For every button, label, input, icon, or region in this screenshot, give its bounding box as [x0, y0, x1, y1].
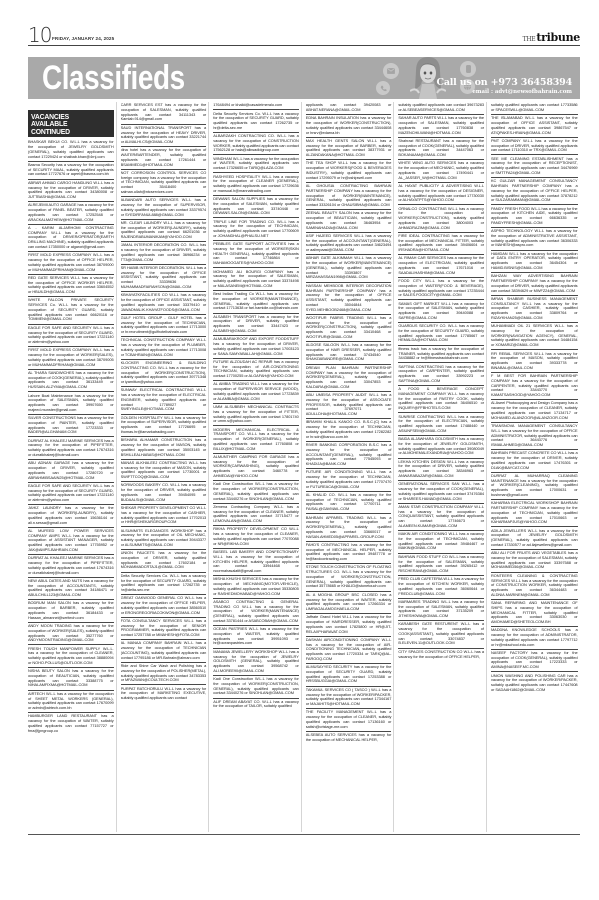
classified-ad: GOLDEN HOSPITALITY W.L.L has a vacancy f…	[121, 415, 207, 438]
page-number: 10	[28, 25, 51, 45]
classified-ad: ALBANDARI AUTO SERVICES W.L.L has a vaca…	[121, 197, 207, 220]
classified-ad: BAHRAIN FOOD STUFF CO W.L.L has a vacanc…	[398, 554, 484, 577]
classified-ad: F M BEST FOR BAHRAIN PARTNERSHIP COMPANY…	[491, 373, 578, 400]
classified-ad: FIRE IDEAL CONTRACTING has a vacancy for…	[398, 233, 484, 256]
classified-ad: FOTA CONSULTANCY SERVICES W.L.L has a va…	[121, 618, 207, 641]
classified-ad: ASPRO TECHNOLOGY W.L.L has a vacancy for…	[491, 228, 578, 251]
classified-ad: OCEAN PASTRIES W.L.L has a vacancy for t…	[213, 626, 299, 649]
classified-ad: AMAN STAR CONSTRUCTION COMPANY W.L.L has…	[398, 504, 484, 531]
ad-list: suitably qualified applicants can contac…	[491, 102, 578, 694]
classified-ad: ANDY MOON TRADING has a vacancy for the …	[28, 623, 114, 646]
classified-ad: PANDY FRESH FOOD W.L.L has a vacancy for…	[491, 205, 578, 228]
classified-ad: Ride and Shine Car Wash and Polishing ha…	[121, 663, 207, 686]
classified-ad: EDNA BAHRAIN INSULATION has a vacancy fo…	[306, 115, 392, 138]
classified-ad: AL THARA SANDWICHES has a vacancy for th…	[28, 370, 114, 393]
classified-ad: LEKHA KITCHEN DESIGN W.L.L has a vacancy…	[398, 459, 484, 482]
classified-ad: Kadi One Construction W.L.L has a vacanc…	[213, 481, 299, 504]
classified-ad: Delta Security Services Co. W.L.L has a …	[213, 110, 299, 133]
ad-list: CARR SERVICES EST has a vacancy for the …	[121, 102, 207, 702]
classified-ad: NISHA BEUTY SALON has a vacancy for the …	[28, 668, 114, 691]
classified-ad: BASEEL LAB BAKERY AND CONFECTIONARY W.L.…	[213, 549, 299, 576]
column-6: suitably qualified applicants can contac…	[491, 102, 580, 832]
classified-ad: DURRAT AL KHALEEJ MARINE SERVICES has a …	[28, 437, 114, 460]
classified-ad: Lahore Boat Maintenance has a vacancy fo…	[28, 392, 114, 415]
classified-ad: ABHAR GATE ALKIMMAH W.L.L has a vacancy …	[306, 255, 392, 282]
classified-ad: FIRST MOLD EXPRESS COMPANY W.L.L has a v…	[28, 347, 114, 370]
classified-ad: GENERATIONAL SERVICES SAN W.L.L has a va…	[398, 481, 484, 504]
heading-line-1: VACANCIES AVAILABLE	[31, 113, 107, 128]
classified-ad: PMT COMPANY W.L.L has a vacancy for the …	[491, 138, 578, 156]
classified-ad: ALMUSAYYED SECURITY has a vacancy for th…	[306, 664, 392, 687]
column-2: CARR SERVICES EST has a vacancy for the …	[121, 102, 210, 832]
classified-ad: RFI REBAL SERVICES W.L.L has a vacancy f…	[491, 350, 578, 373]
ad-list: BHASKAR BEKUI CO. W.L.L has a vacancy fo…	[28, 139, 114, 735]
classified-ad: GULF HOTEL GROUP - GULF HOTEL has a vaca…	[121, 315, 207, 338]
classified-ad: Kadi One Construction W.L.L has a vacanc…	[213, 676, 299, 699]
classified-ad: JAHIZ LAUNDRY has a vacancy for the occu…	[28, 505, 114, 528]
classified-ad: SAFTINA CONTRACTING has a vacancy for th…	[398, 363, 484, 386]
classified-ad: BISHARA ALHAMAR CONSTRUCTION has a vacan…	[121, 437, 207, 460]
classified-ad: NASEEF FACTORY has a vacancy for the occ…	[491, 650, 578, 673]
classified-ad: WOOTIFUR FABRIS TRADING W.L.L has a vaca…	[306, 315, 392, 342]
classified-ad: FAHD'S CONTRACTING has a vacancy for the…	[306, 542, 392, 565]
classified-ad: HAMDAN W.L.L has a vacancy for the occup…	[491, 251, 578, 274]
classified-ad: MODERN MECHANICAL ELECTRICAL & TRANSPORT…	[213, 426, 299, 453]
classified-ad: Best Indian Trading Co W.L.L has a vacan…	[213, 291, 299, 314]
classified-ad: ABU ADNAN GARAGE has a vacancy for the o…	[28, 460, 114, 483]
classified-ad: A FOOD & BEVERAGE CONCEPT MANAGEMENT COM…	[398, 386, 484, 413]
classified-ad: SAUD INTERNATIONAL TRANSPORT has a vacan…	[121, 125, 207, 148]
classified-ad: IBRAHIM KHALIL KANOO CO. B.S.C.(C) has a…	[306, 419, 392, 442]
classified-ad: MUHAMMADI OIL 21 SERVICES W.L.L has a va…	[491, 323, 578, 350]
classified-ad: RIVER BANKING CORPORATION B.S.C has a va…	[306, 442, 392, 469]
ad-list: suitably qualified applicants can contac…	[398, 102, 484, 661]
classified-ad: Al-Aseel Photocopying and Design Company…	[491, 400, 578, 423]
classified-ad: Basma Security has a vacancy for the occ…	[28, 162, 114, 180]
classified-ad: TRIPLE LINE FOR TRADING CO. W.L.L has a …	[213, 218, 299, 241]
classified-ad: RED GATE SERVICES W.L.L has a vacancy fo…	[28, 275, 114, 298]
classified-ad: EAGLE FOR SAFE AND SECURITY W.L.L has a …	[28, 325, 114, 348]
classified-ad: RIKHA PROPERTY DEVELOPMENT CO W.L.L has …	[213, 526, 299, 549]
classified-ad: FUTURE AIR CONDITIONING W.L.L has a vaca…	[306, 469, 392, 492]
brand-name: tribune	[536, 31, 580, 44]
classified-ad: SUNRISE CONTRACTING W.L.L has a vacancy …	[398, 413, 484, 436]
classified-ad: AIRTECH W.L.L has a vacancy for the occu…	[28, 691, 114, 714]
classified-ad: dina hotel has a vacancy for the occupat…	[121, 147, 207, 170]
classified-ad: BAHZAN WAY ADVERTISING BAHRAIN PARTNERSH…	[491, 273, 578, 296]
classified-ad: MOHAMED ALI BOURGI COMPANY has a vacancy…	[213, 268, 299, 291]
classified-ad: A - KARIM ALJARHOMI CONTRACTING COMPANY …	[28, 225, 114, 252]
classified-ad: MAKIN AIR CONDITIONING W.L.L has a vacan…	[398, 531, 484, 554]
classified-ad: ALSEBEA AUTO SERVICES has a vacancy for …	[306, 732, 392, 744]
classified-ad: GUARDUS SECURITY CO. W.L.L has a vacancy…	[398, 323, 484, 346]
classified-ad: MANAMA JEWELLERY WORKSHOP W.L.L has a va…	[213, 649, 299, 676]
classified-ad: AL AMBIA TRADING W.L.L has a vacancy for…	[213, 381, 299, 404]
classified-ad: KLOCKER ENGINEERING & BUILDING CONTRACTI…	[121, 360, 207, 387]
ad-list: applicants can contact 39420083 or ABHAT…	[306, 102, 392, 744]
classified-ad: MADDNA KNOWLEDGE SCHOOLS has a vacancy f…	[491, 627, 578, 650]
column-3: 17648494 or khalid@casadelmeralo.comDelt…	[213, 102, 302, 832]
classified-ad: EAGLE FOR SAFE AND SECURITY W.L.L has a …	[28, 483, 114, 506]
classified-ad: ASIF HAJEED SERVICES W.L.L has a vacancy…	[306, 233, 392, 256]
phone-icon	[376, 81, 390, 95]
classified-ad: FIRST MOLD EXPRESS COMPANY W.L.L has a v…	[28, 252, 114, 275]
classified-ad: ORNALCO CONTRACTING W.L.L has a vacancy …	[398, 205, 484, 232]
classified-ad: UMM ALSUBBEH MECHANICAL CONTRACTS has a …	[213, 404, 299, 427]
classified-ad: ALDOSE SALOON W.L.L has a vacancy for th…	[306, 342, 392, 365]
classified-ad: DURRAT AL KHALEEJ MARINE SERVICES has a …	[28, 555, 114, 578]
classified-ad: NOT CORROSION CONTROL SERVICES CO foreig…	[121, 170, 207, 197]
classified-ad: KAHARMA ELECTRICAL WORKSHOP BAHRAIN PART…	[491, 500, 578, 527]
classified-ad: BHASKAR BEKUI CO. W.L.L has a vacancy fo…	[28, 139, 114, 162]
classified-ad: WHITE FALCON PRIVATE SECURITY SERVICES C…	[28, 297, 114, 324]
classified-ad: TRANSNOVA MANAGEMENT CONSULTANCY W.L.L h…	[491, 423, 578, 450]
classified-ad: fitness track has a vacancy for the occu…	[398, 346, 484, 364]
page-date: FRIDAY, JANUARY 24, 2025	[52, 36, 114, 41]
classified-ad: ZEENAL BEAUTY SALON has a vacancy for th…	[306, 210, 392, 233]
classified-ad: SAHAR AUTO PARTS W.L.L has a vacancy for…	[398, 115, 484, 138]
classified-ad: DREAM PLAN BAHRAIN PARTNERSHIP COMPANY h…	[306, 365, 392, 392]
classified-ad: FRESH TOUCH MANPOWER SUPPLY W.L.L. has a…	[28, 645, 114, 668]
classified-ad: KBHAYATKFACILITIES CO W.L.L has a vacanc…	[121, 292, 207, 315]
classified-ad: Jaffrate Grand Hotel W.L.L has a vacancy…	[306, 614, 392, 637]
heading-line-2: CONTINUED	[31, 128, 107, 135]
classified-ad: NORWOODS BAKERY CO. W.L.L has a vacancy …	[121, 482, 207, 505]
classified-ad: DASHAN AIRCONDITIONING COMPANY W.L.L has…	[306, 637, 392, 664]
classified-ad: ALBARZAKH CONTRACTING CO. W.L.L has a va…	[213, 133, 299, 156]
classified-ad: RONTEERS CLEANING & CONTRACTING SERVICES…	[491, 573, 578, 600]
classified-ad: AL A MOGHA GROUP BSC CLOSED has a vacanc…	[306, 592, 392, 615]
section-title: Classifieds	[42, 59, 185, 98]
classified-ad: THE ISLAMABAD W.L.L has a vacancy for th…	[491, 115, 578, 138]
classified-ad: THE TEA SHOP W.L.L has a vacancy for the…	[306, 160, 392, 183]
classified-ad: MARMARES TRADING W.L.L has a vacancy for…	[398, 599, 484, 622]
classified-ad: CARR SERVICES EST has a vacancy for the …	[121, 102, 207, 125]
newspaper-logo: THEtribune	[523, 31, 580, 44]
classified-ad: KARABESH GATE RESTURENT W.L.L has a vaca…	[398, 621, 484, 648]
classified-ad: SEE ME CLEANING ESTABLISHMENT has a vaca…	[491, 155, 578, 178]
classified-ad: PEBBLES GATE SUPPORT ACTIVITIES has a va…	[213, 241, 299, 268]
classified-ad: ALIF DREAM ABAYAT CO. W.L.L has a vacanc…	[213, 699, 299, 711]
classified-ad: NEW ABUL DATES AND NUTS has a vacancy fo…	[28, 578, 114, 601]
classified-ad: GREAT OAKWOOD GENERAL CO W.L.L has a vac…	[121, 595, 207, 618]
classified-ad: THE FACILITY MANAGEMENT W.L.L has a vaca…	[306, 709, 392, 732]
classified-ad: RASHYEED HOSPITALITY W.L.L has a vacancy…	[213, 173, 299, 196]
vacancies-heading: VACANCIES AVAILABLE CONTINUED	[28, 110, 114, 137]
classified-ad: WHITE WING AUTO SERVICES has a vacancy f…	[398, 160, 484, 183]
classified-ad: ADILA JEWELLERS W.L.L has a vacancy for …	[491, 527, 578, 550]
classified-ad: JAMAL INTERIOR DECORATION CO. W.L.L has …	[121, 242, 207, 265]
classified-ad: AL MANAA COMPANY BAHRAIN W.L.L has a vac…	[121, 640, 207, 663]
classified-ad: DURRAT AL MUHARRAQ CLEANING MAINTENANCE …	[491, 473, 578, 500]
classified-ad: ALSUMMITS ELEGANCES WORKSHOP has a vacan…	[121, 527, 207, 550]
classified-ad: ASABCO CONTRACTING & GENERAL TRADING CO …	[213, 599, 299, 626]
bottom-divider	[28, 834, 580, 835]
classified-ad: 17648494 or khalid@casadelmeralo.com	[213, 102, 299, 110]
classified-ad: ABU ALI FOR FRUITS AND VEGETABLES has a …	[491, 550, 578, 573]
ad-list: 17648494 or khalid@casadelmeralo.comDelt…	[213, 102, 299, 711]
classified-ad: AL RIMAH CAR SERVICES has a vacancy for …	[398, 255, 484, 278]
classified-ad: AL MUFEED LOW POWER SERVICES COMPANY AMP…	[28, 528, 114, 555]
classified-ad: applicants can contact 39420083 or ABHAT…	[306, 102, 392, 115]
envelope-icon	[383, 63, 399, 79]
classified-ad: ALREJEMII AUTO GARAGE has a vacancy for …	[28, 202, 114, 225]
classified-ad: UNION FAUCETS has a vacancy for the occu…	[121, 550, 207, 573]
classified-ad: SR HABIB INTERIOR DECORATION. W.L.L has …	[121, 265, 207, 292]
classified-ad: AL GHOUSIA CONTRACTING BAHRAIN PARTNERSH…	[306, 183, 392, 210]
classified-ad: BAHRAIN APPAREL TRADING W.L.L has a vaca…	[306, 514, 392, 541]
column-5: suitably qualified applicants can contac…	[398, 102, 487, 832]
classified-ad: PURPAT RATCHORULU W.L.L has a vacancy fo…	[121, 685, 207, 702]
column-1: VACANCIES AVAILABLE CONTINUED BHASKAR BE…	[28, 102, 117, 832]
classified-ad: BODRUM MAN SALON has a vacancy for the o…	[28, 600, 114, 623]
classified-ad: Shahrazi RESTAURANT has a vacancy for th…	[398, 138, 484, 161]
classified-ad: IMRAN SHABBIR BUSINESS MANAGEMENT CONSUL…	[491, 296, 578, 323]
classified-ad: STONE TOUCH CONSTRUCTION OF FLOATING STR…	[306, 564, 392, 591]
classified-ad: SANA REPAIRING AND MAINTENANCE OF SHIPS …	[491, 600, 578, 627]
classified-ad: SAMAS GIFT MARKET W.L.L has a vacancy fo…	[398, 300, 484, 323]
classified-columns: VACANCIES AVAILABLE CONTINUED BHASKAR BE…	[28, 102, 580, 832]
classified-ad: UNION WASHING AND POLISHING CAR has a va…	[491, 672, 578, 694]
classified-ad: BAIDA ALJAWHARA GOLDSMITH has a vacancy …	[398, 436, 484, 459]
page-masthead: 10 FRIDAY, JANUARY 24, 2025 THEtribune	[28, 22, 580, 46]
classified-ad: FUTURE ALZOUDAH AC REPAIR has a vacancy …	[213, 359, 299, 382]
classified-ad: MISHA KHUSHI SERVICES has a vacancy for …	[213, 576, 299, 599]
classified-ad: SHEKAR PROPERTY DEVELOPMENT CO W.L.L has…	[121, 505, 207, 528]
classified-ad: FRED CLUB CAFETERIA W.L.L has a vacancy …	[398, 576, 484, 599]
classified-ad: SUNWAY ELECTRICAL CONTRACTING W.L.L has …	[121, 387, 207, 414]
classified-ad: HASSAN MEHBOOB INTERIOR DECORATION BAHRA…	[306, 283, 392, 315]
classified-ad: ABRAR AHMAD CARGO HANDLING W.L.L has a v…	[28, 180, 114, 203]
classified-ad: SILVER CONSTRUCTIONS has a vacancy for t…	[28, 415, 114, 438]
classified-ad: BAHRAIN PRECAST CONCRETE CO W.L.L has a …	[491, 450, 578, 473]
contact-phone: Call us on +973 36458394	[436, 77, 572, 88]
classified-ad: MAX HEALTH GENTS SALON W.L.L has a vacan…	[306, 138, 392, 161]
classified-ad: TAKAMUL SERVICES CO ( TASCO ) W.L.L has …	[306, 687, 392, 710]
tablet-icon	[460, 61, 476, 77]
classified-ad: MANAS ALKHALEEJ CONTRACTING W.L.L has a …	[121, 460, 207, 483]
classified-ad: ALMUNTHER CAMPING FOR GARAGE has a vacan…	[213, 454, 299, 481]
classified-ad: ABU UMEISA PROPERTY AUDIT W.L.L has a va…	[306, 392, 392, 419]
classified-ad: FOOD CITY W.L.L has a vacancy for the oc…	[398, 278, 484, 301]
column-4: applicants can contact 39420083 or ABHAT…	[306, 102, 395, 832]
classified-ad: AL KHALID CO. W.L.L has a vacancy for th…	[306, 492, 392, 515]
classified-ad: KC GULZAR MANAGEMENT CONSULTANCY BAHRAIN…	[491, 178, 578, 205]
classified-ad: suitably qualified applicants can contac…	[398, 102, 484, 115]
classified-ad: AL HAYAT PUBLICITY & ADVERTISING W.L.L h…	[398, 183, 484, 206]
classified-ad: TECHNICAL CONSTRUCTION COMPANY W.L.L has…	[121, 337, 207, 360]
classified-ad: Delta Security Services Co. W.L.L has a …	[121, 573, 207, 596]
classified-ad: MR. CLEAR LAUNDRY W.L.L has a vacancy fo…	[121, 220, 207, 243]
contact-email: email : advt@newsofbahrain.com	[472, 89, 572, 95]
classified-ad: DEWANS SALON SUPPLIES has a vacancy for …	[213, 196, 299, 219]
classified-ad: HAMBURGER LAND RESTAURANT has a vacancy …	[28, 713, 114, 735]
classified-ad: Zemena Contracting Company W.L.L has a v…	[213, 504, 299, 527]
classified-ad: WINDHAM W.L.L has a vacancy for the occu…	[213, 155, 299, 173]
classified-ad: CITY SPACES CONSTRUCTION CO W.L.L has a …	[398, 649, 484, 661]
classified-ad: ALMUBARAKROOF AND EXPORT FOODSTUFF has a…	[213, 336, 299, 359]
classified-ad: suitably qualified applicants can contac…	[491, 102, 578, 115]
classified-ad: ALSABEH TRANSPORT has a vacancy for the …	[213, 314, 299, 337]
classifieds-banner: Classifieds Call us on +973 36458394 ema…	[28, 57, 580, 99]
brand-mark: THE	[523, 36, 536, 43]
